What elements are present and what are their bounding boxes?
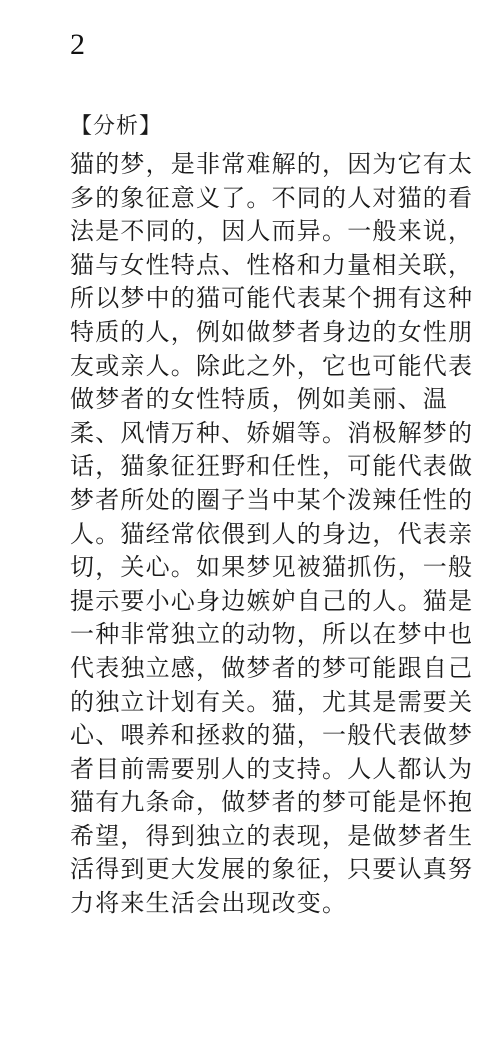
paragraph-line: 柔、风情万种、娇媚等。消极解梦的 (70, 417, 430, 451)
paragraph-line: 猫与女性特点、性格和力量相关联， (70, 249, 430, 283)
paragraph-line: 猫的梦，是非常难解的，因为它有太 (70, 148, 430, 182)
paragraph-line: 友或亲人。除此之外，它也可能代表 (70, 350, 430, 384)
paragraph-line: 多的象征意义了。不同的人对猫的看 (70, 182, 430, 216)
paragraph-line: 话，猫象征狂野和任性，可能代表做 (70, 450, 430, 484)
paragraph-line: 代表独立感，做梦者的梦可能跟自己 (70, 652, 430, 686)
paragraph-line: 法是不同的，因人而异。一般来说， (70, 215, 430, 249)
paragraph-line: 梦者所处的圈子当中某个泼辣任性的 (70, 484, 430, 518)
analysis-paragraph: 猫的梦，是非常难解的，因为它有太 多的象征意义了。不同的人对猫的看 法是不同的，… (70, 148, 430, 921)
paragraph-line: 特质的人，例如做梦者身边的女性朋 (70, 316, 430, 350)
paragraph-line: 的独立计划有关。猫，尤其是需要关 (70, 686, 430, 720)
paragraph-line: 切，关心。如果梦见被猫抓伤，一般 (70, 551, 430, 585)
paragraph-line: 力将来生活会出现改变。 (70, 887, 430, 921)
paragraph-line: 者目前需要别人的支持。人人都认为 (70, 753, 430, 787)
page-number: 2 (70, 28, 85, 62)
paragraph-line: 所以梦中的猫可能代表某个拥有这种 (70, 282, 430, 316)
paragraph-line: 活得到更大发展的象征，只要认真努 (70, 853, 430, 887)
paragraph-line: 猫有九条命，做梦者的梦可能是怀抱 (70, 786, 430, 820)
paragraph-line: 心、喂养和拯救的猫，一般代表做梦 (70, 719, 430, 753)
paragraph-line: 提示要小心身边嫉妒自己的人。猫是 (70, 585, 430, 619)
section-heading-analysis: 【分析】 (70, 112, 162, 142)
paragraph-line: 做梦者的女性特质，例如美丽、温 (70, 383, 430, 417)
paragraph-line: 希望，得到独立的表现，是做梦者生 (70, 820, 430, 854)
paragraph-line: 人。猫经常依偎到人的身边，代表亲 (70, 518, 430, 552)
paragraph-line: 一种非常独立的动物，所以在梦中也 (70, 618, 430, 652)
